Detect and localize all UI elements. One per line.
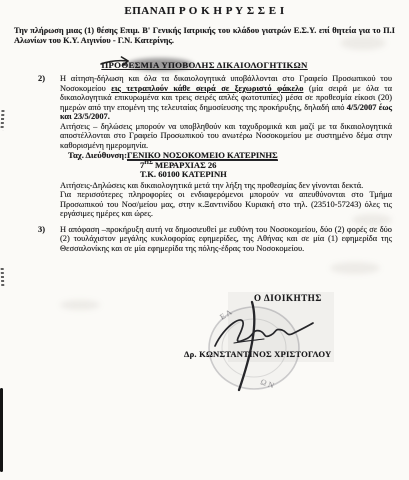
address-line-1: Ταχ. Διεύθυνση:ΓΕΝΙΚΟ ΝΟΣΟΚΟΜΕΙΟ ΚΑΤΕΡΙΝ… (68, 151, 392, 161)
section-heading: ΠΡΟΘΕΣΜΙΑ ΥΠΟΒΟΛΗΣ ΔΙΚΑΙΟΛΟΓΗΤΙΚΩΝ (101, 60, 307, 70)
item-body: Η απόφαση –προκήρυξη αυτή να δημοσιευθεί… (60, 225, 392, 254)
item-body: Η αίτηση-δήλωση και όλα τα δικαιολογητικ… (60, 74, 392, 219)
intro-paragraph: Την πλήρωση μιας (1) θέσης Επιμ. Β' Γενι… (14, 26, 395, 46)
address-block: Ταχ. Διεύθυνση:ΓΕΝΙΚΟ ΝΟΣΟΚΟΜΕΙΟ ΚΑΤΕΡΙΝ… (68, 151, 392, 180)
deadline-note-paragraph: Αιτήσεις-Δηλώσεις και δικαιολογητικά μετ… (60, 181, 392, 191)
margin-artifact (0, 110, 4, 130)
info-note-paragraph: Για περισσότερες πληροφορίες οι ενδιαφερ… (60, 190, 392, 219)
margin-artifact (1, 268, 5, 288)
street-name: ΜΕΡΑΡΧΙΑΣ 26 (153, 160, 217, 170)
item-number: 3) (38, 225, 60, 254)
scan-noise (60, 300, 100, 310)
scan-noise (330, 262, 380, 274)
item2-paragraph: Η αίτηση-δήλωση και όλα τα δικαιολογητικ… (60, 74, 392, 122)
item3-paragraph: Η απόφαση –προκήρυξη αυτή να δημοσιευθεί… (60, 225, 392, 254)
section-heading-text: ΠΡΟΘΕΣΜΙΑ ΥΠΟΒΟΛΗΣ ΔΙΚΑΙΟΛΟΓΗΤΙΚΩΝ (101, 60, 307, 70)
mail-note-paragraph: Αιτήσεις – δηλώσεις μπορούν να υποβληθού… (60, 122, 392, 151)
address-label: Ταχ. Διεύθυνση: (68, 150, 127, 160)
street-ordinal: ΗΣ (144, 160, 153, 166)
list-item-2: 2) Η αίτηση-δήλωση και όλα τα δικαιολογη… (38, 74, 392, 219)
list-item-3: 3) Η απόφαση –προκήρυξη αυτή να δημοσιευ… (38, 225, 392, 254)
item2-emphasis: εις τετραπλούν κάθε σειρά σε ξεχωριστό φ… (111, 84, 303, 93)
page-edge-artifact (0, 388, 3, 472)
signature-block: Ο ΔΙΟΙΚΗΤΗΣ Ε Λ Ω Ν Δρ. ΚΩΝΣΤΑΝΤΙΝΟΣ ΧΡΙ… (180, 292, 380, 402)
document-page: ΕΠΑΝΑΠ Ρ Ο Κ Η Ρ Υ Σ Σ Ε Ι Την πλήρωση μ… (0, 0, 409, 480)
address-line-3: Τ.Κ. 60100 ΚΑΤΕΡΙΝΗ (140, 170, 392, 180)
signatory-name: Δρ. ΚΩΝΣΤΑΝΤΙΝΟΣ ΧΡΙΣΤΟΓΛΟΥ (184, 349, 380, 359)
page-title: ΕΠΑΝΑΠ Ρ Ο Κ Η Ρ Υ Σ Σ Ε Ι (0, 0, 409, 17)
section-heading-row: ΠΡΟΘΕΣΜΙΑ ΥΠΟΒΟΛΗΣ ΔΙΚΑΙΟΛΟΓΗΤΙΚΩΝ (0, 55, 409, 68)
item-number: 2) (38, 74, 60, 219)
pen-signature (190, 294, 350, 399)
